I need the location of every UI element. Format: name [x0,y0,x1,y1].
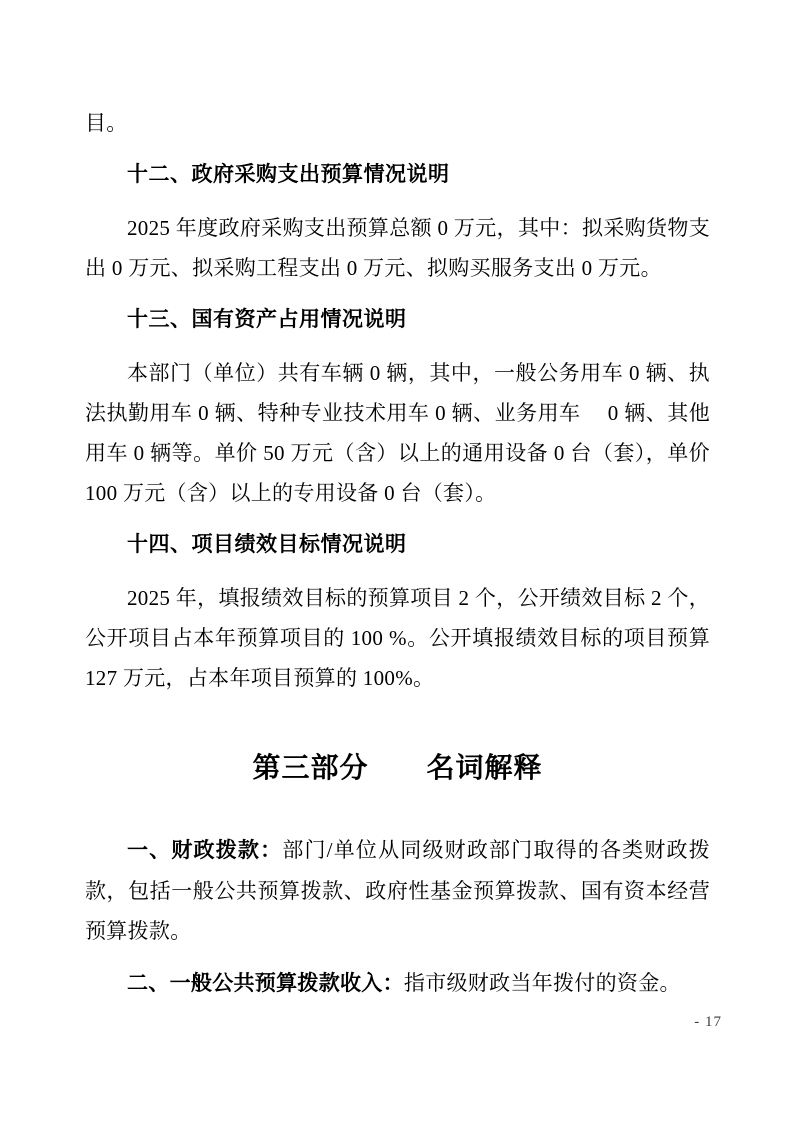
definition-fiscal-appropriation: 一、财政拨款：部门/单位从同级财政部门取得的各类财政拨款，包括一般公共预算拨款、… [85,830,710,951]
section-13-paragraph: 本部门（单位）共有车辆 0 辆，其中，一般公务用车 0 辆、执法执勤用车 0 辆… [85,353,710,513]
definition-fiscal-appropriation-term: 一、财政拨款： [127,839,282,862]
definition-general-public-budget-income-text: 指市级财政当年拨付的资金。 [404,971,681,995]
section-heading-13-state-owned-assets: 十三、国有资产占用情况说明 [85,300,710,340]
paragraph-fragment-continued: 目。 [85,103,710,143]
definition-general-public-budget-income: 二、一般公共预算拨款收入：指市级财政当年拨付的资金。 [85,963,710,1004]
section-14-paragraph: 2025 年，填报绩效目标的预算项目 2 个，公开绩效目标 2 个，公开项目占本… [85,578,710,698]
section-12-paragraph: 2025 年度政府采购支出预算总额 0 万元，其中：拟采购货物支出 0 万元、拟… [85,208,710,288]
document-page: 目。 十二、政府采购支出预算情况说明 2025 年度政府采购支出预算总额 0 万… [0,0,795,1123]
page-number: - 17 [694,1012,722,1032]
part-three-title: 第三部分 名词解释 [85,747,710,791]
definition-general-public-budget-income-term: 二、一般公共预算拨款收入： [127,972,404,995]
section-heading-12-government-procurement: 十二、政府采购支出预算情况说明 [85,155,710,195]
section-heading-14-performance-targets: 十四、项目绩效目标情况说明 [85,525,710,565]
